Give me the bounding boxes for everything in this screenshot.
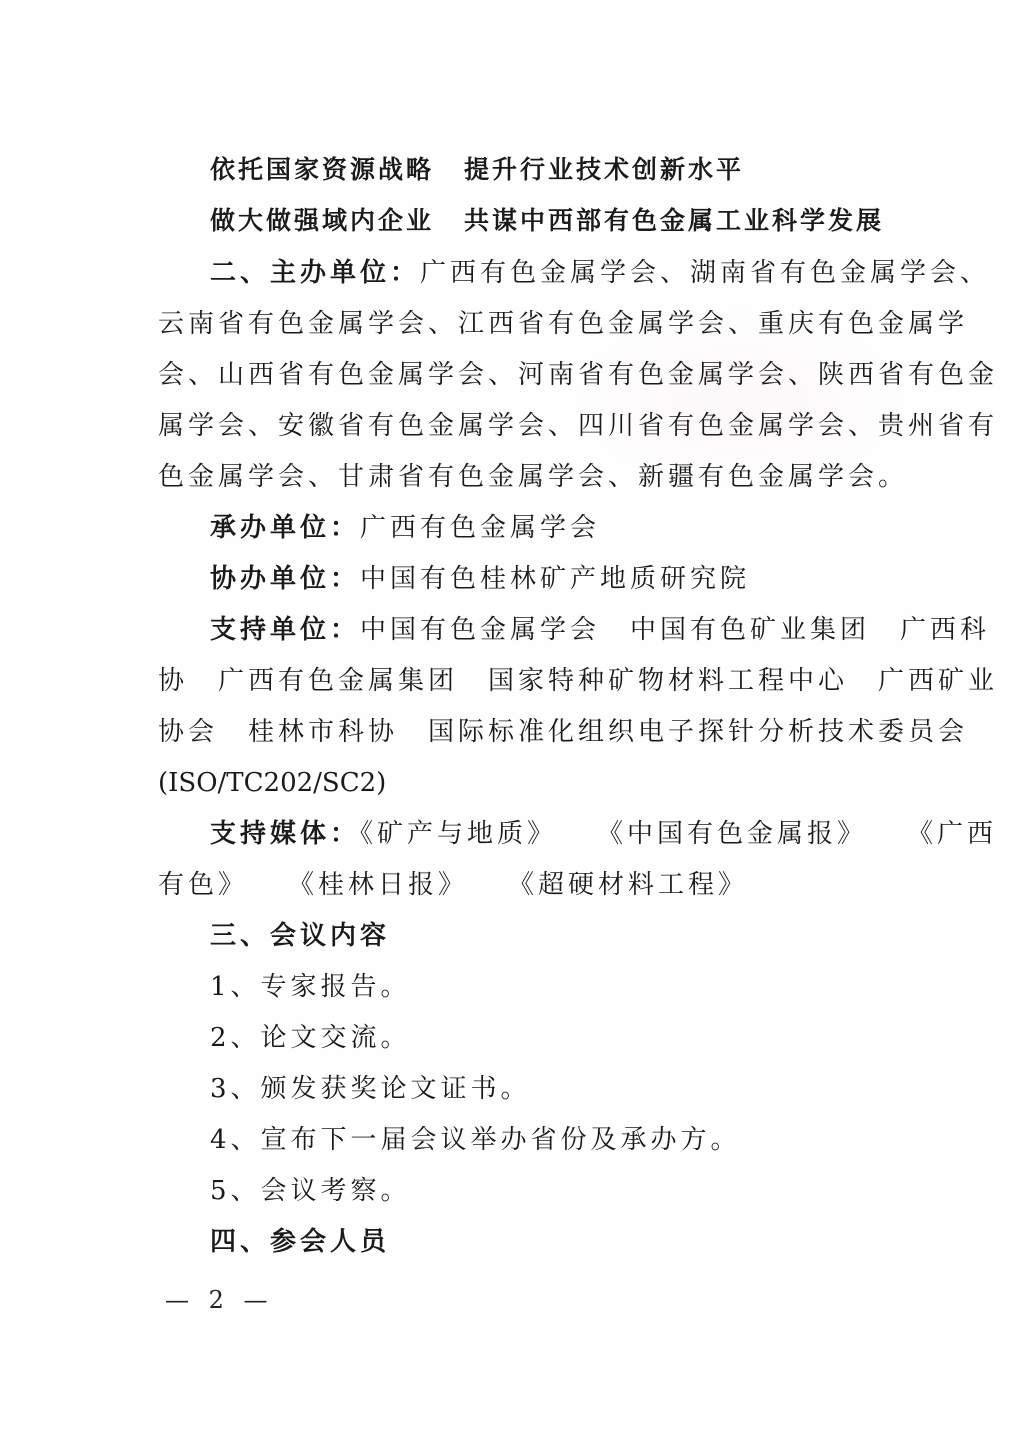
media-label: 支持媒体： [210,819,360,849]
supporter-item: 协会 [158,717,218,747]
media-item: 《矿产与地质》 [360,819,557,849]
agenda-item-1: 1、专家报告。 [210,970,411,1004]
supporters-line-1: 支持单位：中国有色金属学会中国有色矿业集团广西科 [210,613,990,647]
agenda-item-5: 5、会议考察。 [210,1174,411,1208]
section2-heading: 二、主办单位： [210,258,420,288]
document-page: 依托国家资源战略提升行业技术创新水平 做大做强域内企业共谋中西部有色金属工业科学… [0,0,1024,1448]
section4-heading: 四、参会人员 [210,1225,390,1259]
host-list-line-5: 色金属学会、甘肃省有色金属学会、新疆有色金属学会。 [158,460,908,494]
slogan-1-left: 依托国家资源战略 [210,155,434,184]
supporter-item: 协 [158,666,188,696]
supporter-item: 桂林市科协 [248,717,398,747]
media-item: 《超硬材料工程》 [508,870,748,900]
supporter-item: 广西科 [900,615,990,645]
supporters-line-2: 协广西有色金属集团国家特种矿物材料工程中心广西矿业 [158,664,998,698]
media-item: 《桂林日报》 [288,870,468,900]
media-item: 《中国有色金属报》 [597,819,867,849]
supporter-item: 国际标准化组织电子探针分析技术委员会 [428,717,968,747]
co-organizer-label: 协办单位： [210,564,360,594]
supporter-item: 广西有色金属集团 [218,666,458,696]
media-line-2: 有色》《桂林日报》《超硬材料工程》 [158,868,748,902]
agenda-item-4: 4、宣布下一届会议举办省份及承办方。 [210,1123,741,1157]
supporter-item: 中国有色矿业集团 [630,615,870,645]
section3-heading: 三、会议内容 [210,919,390,953]
supporters-line-4: (ISO/TC202/SC2) [158,766,386,800]
supporter-item: 国家特种矿物材料工程中心 [488,666,848,696]
co-organizer-value: 中国有色桂林矿产地质研究院 [360,564,750,594]
media-item: 《广西 [907,819,997,849]
media-line-1: 支持媒体：《矿产与地质》《中国有色金属报》《广西 [210,817,997,851]
supporters-line-3: 协会桂林市科协国际标准化组织电子探针分析技术委员会 [158,715,968,749]
co-organizer-line: 协办单位：中国有色桂林矿产地质研究院 [210,562,750,596]
organizer-label: 承办单位： [210,513,360,543]
slogan-2-right: 共谋中西部有色金属工业科学发展 [464,206,884,235]
media-item: 有色》 [158,870,248,900]
slogan-1-right: 提升行业技术创新水平 [464,155,744,184]
slogan-line-2: 做大做强域内企业共谋中西部有色金属工业科学发展 [210,204,884,238]
host-list-line-3: 会、山西省有色金属学会、河南省有色金属学会、陕西省有色金 [158,358,998,392]
agenda-item-3: 3、颁发获奖论文证书。 [210,1072,531,1106]
supporter-item: 广西矿业 [878,666,998,696]
agenda-item-2: 2、论文交流。 [210,1021,411,1055]
host-list-line-4: 属学会、安徽省有色金属学会、四川省有色金属学会、贵州省有 [158,409,998,443]
slogan-line-1: 依托国家资源战略提升行业技术创新水平 [210,153,744,187]
host-list-line-2: 云南省有色金属学会、江西省有色金属学会、重庆有色金属学 [158,307,968,341]
organizer-value: 广西有色金属学会 [360,513,600,543]
supporters-label: 支持单位： [210,615,360,645]
slogan-2-left: 做大做强域内企业 [210,206,434,235]
supporter-item: 中国有色金属学会 [360,615,600,645]
page-number: — 2 — [165,1285,274,1315]
host-list-line-1: 广西有色金属学会、湖南省有色金属学会、 [420,258,990,288]
organizer-line: 承办单位：广西有色金属学会 [210,511,600,545]
section2-first-line: 二、主办单位：广西有色金属学会、湖南省有色金属学会、 [210,256,990,290]
